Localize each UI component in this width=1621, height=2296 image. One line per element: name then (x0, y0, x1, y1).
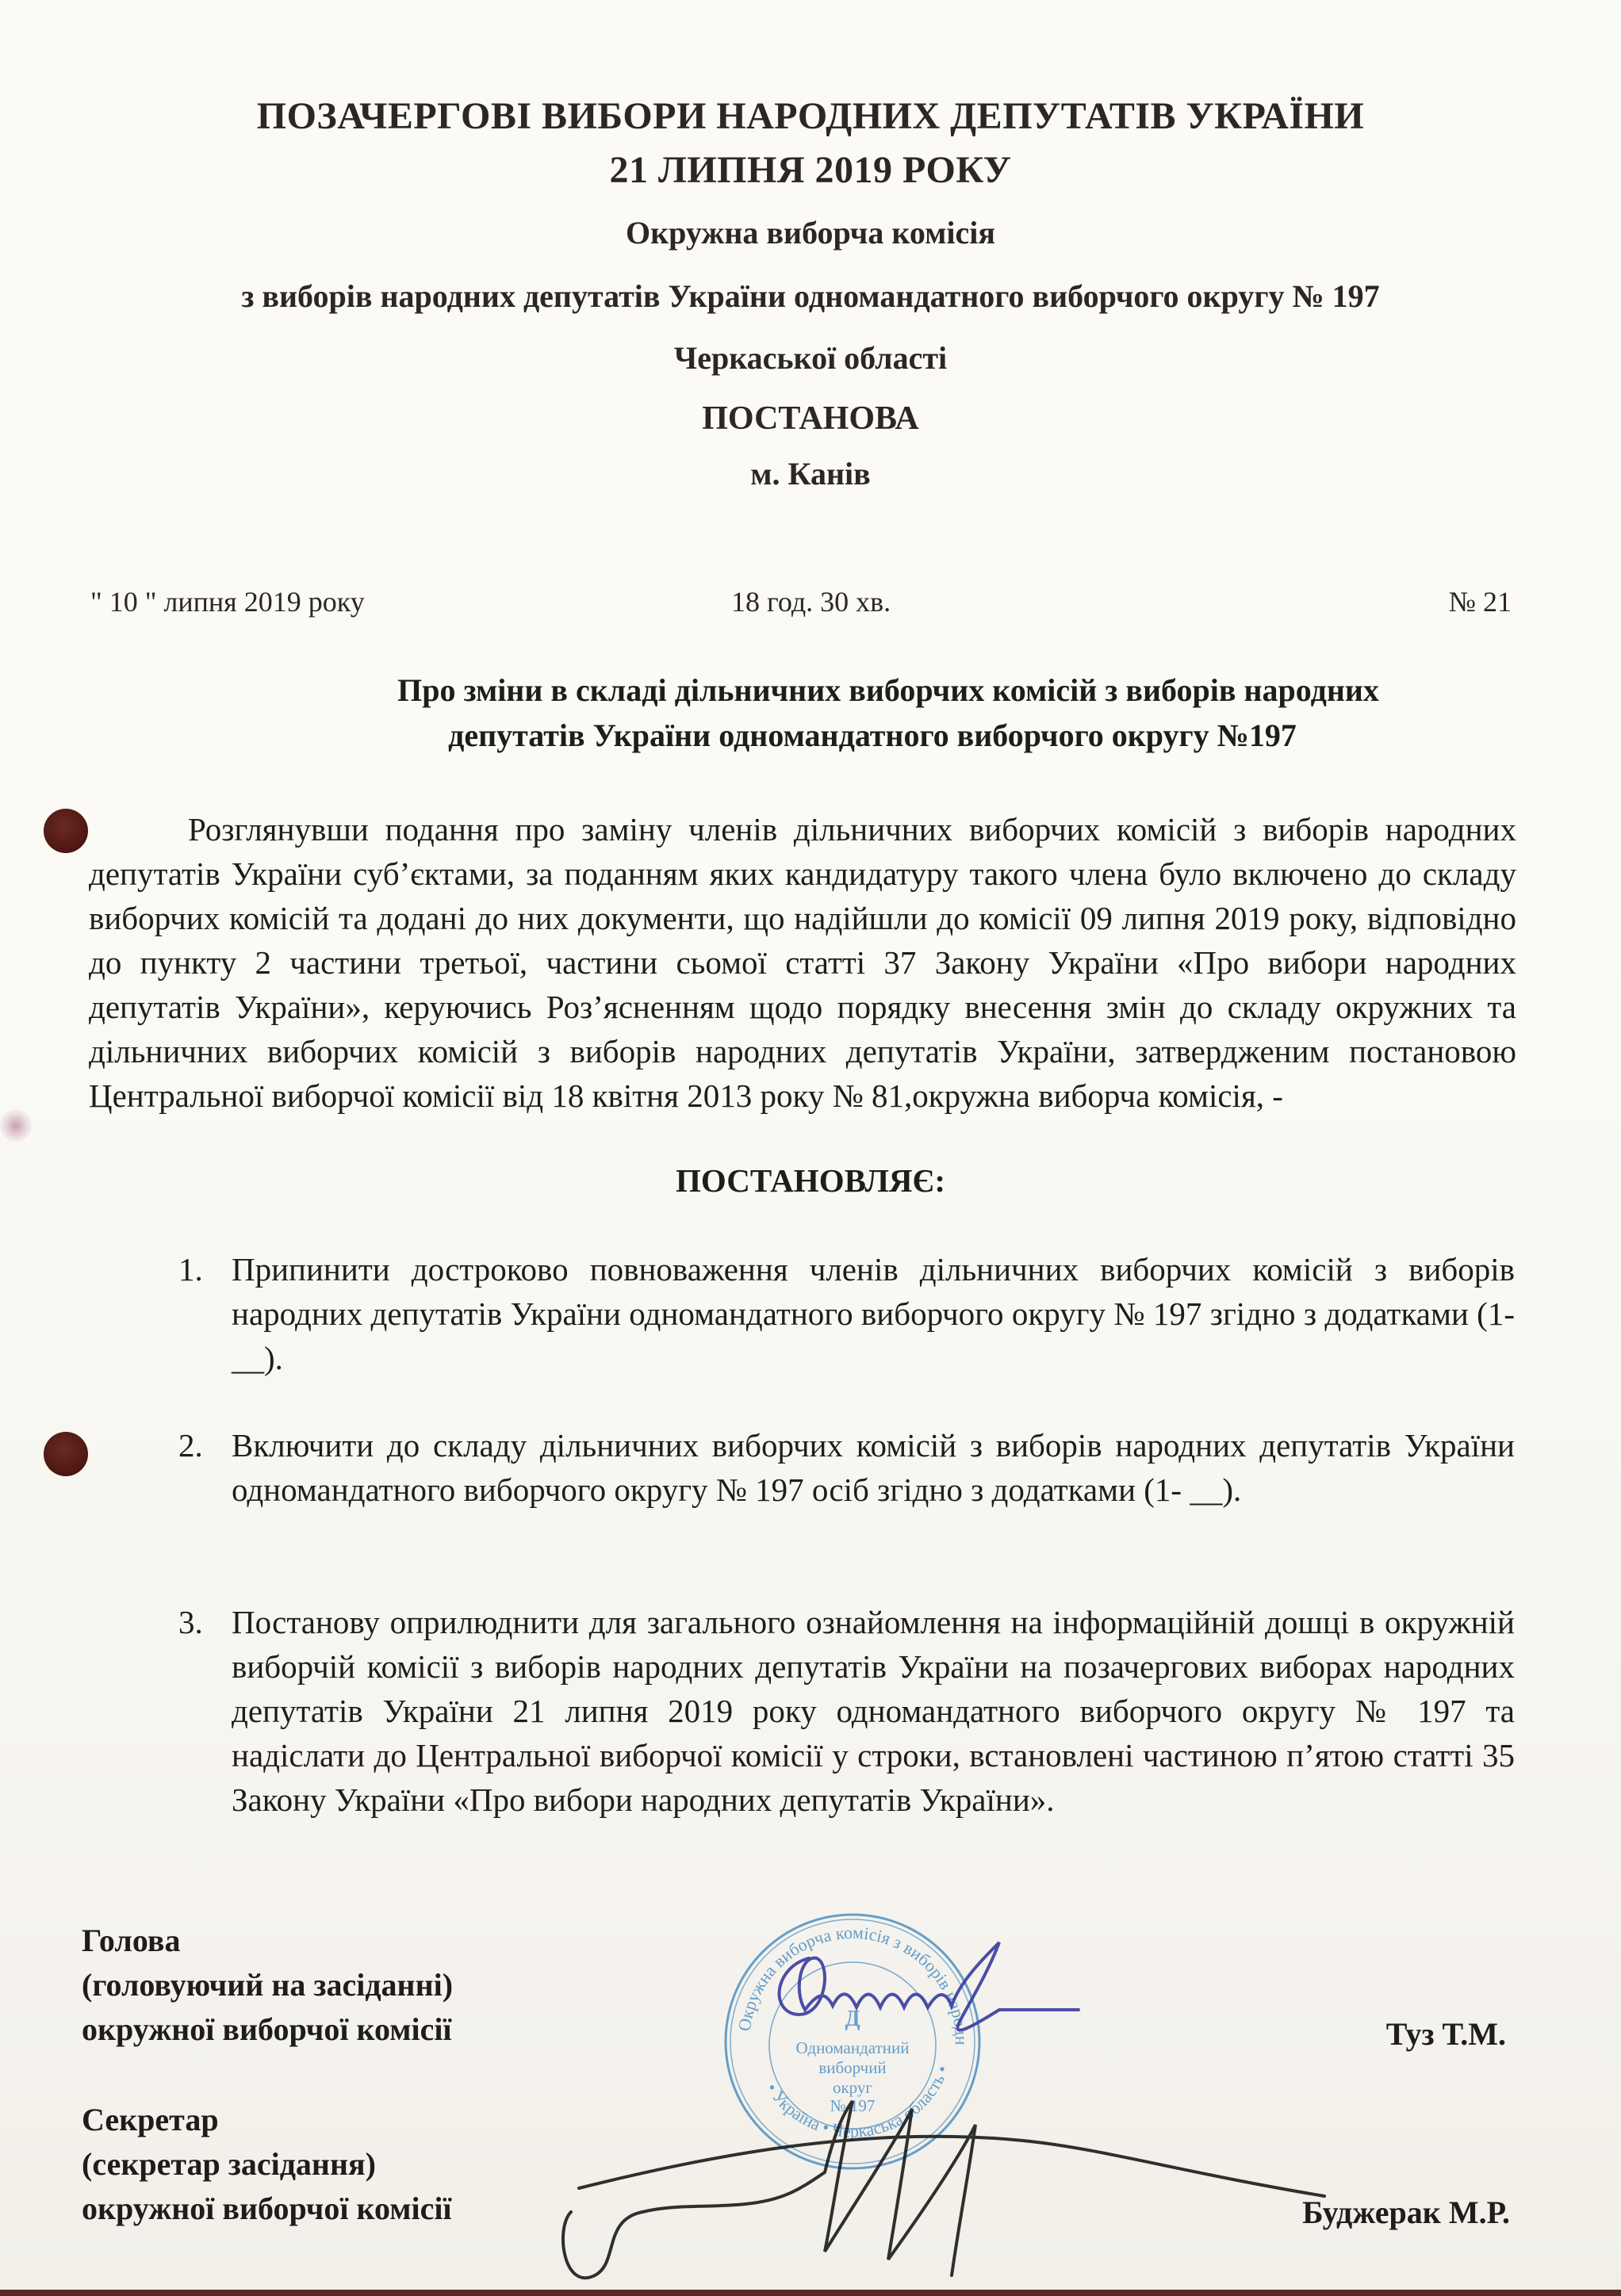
signature-icon (761, 1934, 1094, 2077)
item-text: Постанову оприлюднити для загального озн… (232, 1600, 1515, 1822)
resolution-time: 18 год. 30 хв. (731, 585, 891, 618)
subject-line1: Про зміни в складі дільничних виборчих к… (238, 668, 1507, 713)
resolution-item-3: 3. Постанову оприлюднити для загального … (178, 1600, 1515, 1822)
subject: Про зміни в складі дільничних виборчих к… (238, 668, 1507, 758)
secretary-signature (547, 2093, 1340, 2296)
doc-type: ПОСТАНОВА (0, 400, 1621, 438)
resolution-number: № 21 (1449, 585, 1512, 618)
commission-name: Окружна виборча комісія (0, 214, 1621, 252)
paper-bottom-edge (0, 2290, 1621, 2296)
chair-name: Туз Т.М. (1386, 2015, 1506, 2053)
chair-title-line2: (головуючий на засіданні) (82, 1963, 453, 2007)
chair-signature (761, 1934, 1094, 2077)
resolution-item-2: 2. Включити до складу дільничних виборчи… (178, 1423, 1515, 1512)
commission-scope: з виборів народних депутатів України одн… (0, 277, 1621, 316)
resolves-heading: ПОСТАНОВЛЯЄ: (0, 1161, 1621, 1200)
resolution-date: " 10 " липня 2019 року (90, 585, 365, 618)
ink-smudge (0, 1110, 32, 1142)
election-title-line2: 21 ЛИПНЯ 2019 РОКУ (0, 147, 1621, 193)
region: Черкаської області (0, 339, 1621, 377)
secretary-title-line2: (секретар засідання) (82, 2142, 452, 2187)
item-number: 3. (178, 1600, 203, 1644)
subject-line2: депутатів України одномандатного виборчо… (238, 713, 1507, 758)
signature-icon (547, 2093, 1340, 2296)
punch-hole-top (44, 809, 88, 853)
election-title-line1: ПОЗАЧЕРГОВІ ВИБОРИ НАРОДНИХ ДЕПУТАТІВ УК… (0, 94, 1621, 140)
preamble: Розглянувши подання про заміну членів ді… (89, 807, 1516, 1118)
secretary-title: Секретар (секретар засідання) окружної в… (82, 2098, 452, 2231)
item-text: Включити до складу дільничних виборчих к… (232, 1423, 1515, 1512)
chair-title: Голова (головуючий на засіданні) окружно… (82, 1919, 453, 2052)
secretary-title-line3: окружної виборчої комісії (82, 2187, 452, 2231)
punch-hole-bottom (44, 1432, 88, 1476)
item-text: Припинити достроково повноваження членів… (232, 1247, 1515, 1380)
chair-title-line3: окружної виборчої комісії (82, 2007, 453, 2052)
secretary-title-line1: Секретар (82, 2098, 452, 2142)
resolution-item-1: 1. Припинити достроково повноваження чле… (178, 1247, 1515, 1380)
city: м. Канів (0, 455, 1621, 493)
item-number: 2. (178, 1423, 203, 1468)
chair-title-line1: Голова (82, 1919, 453, 1963)
item-number: 1. (178, 1247, 203, 1291)
